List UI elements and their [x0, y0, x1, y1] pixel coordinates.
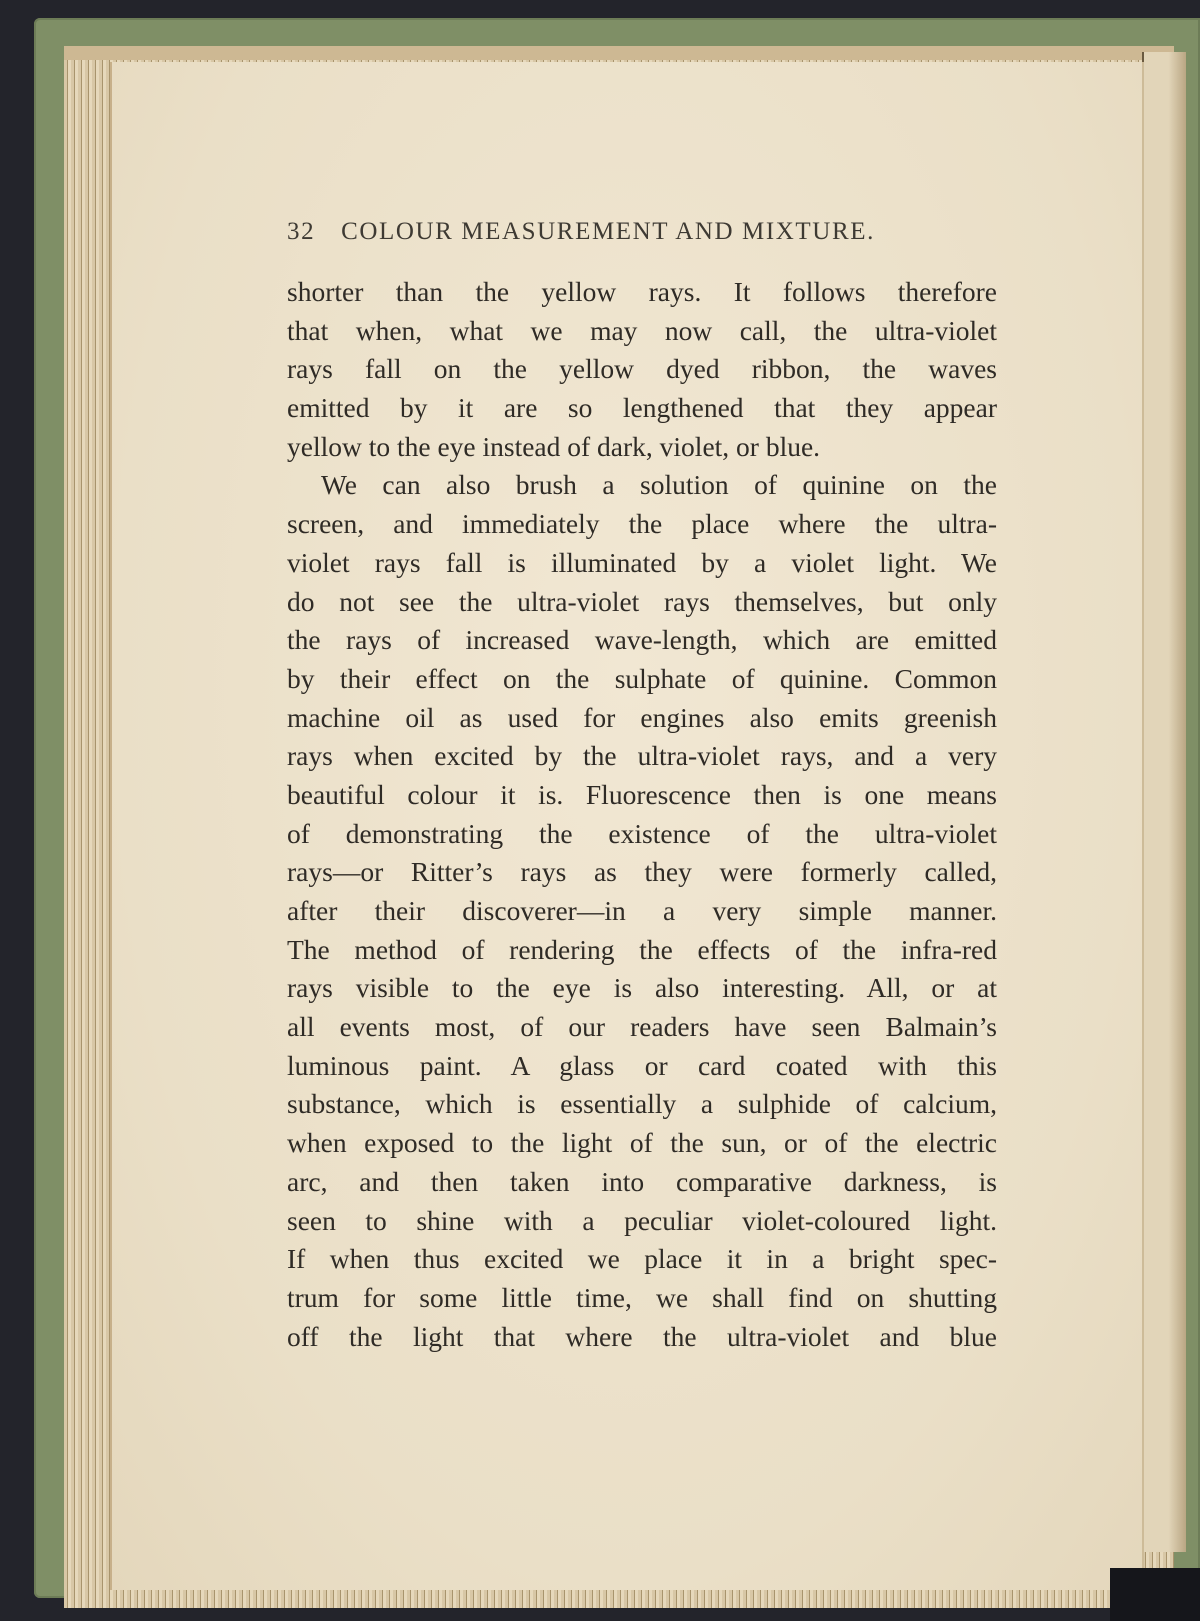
text-line: after their discoverer—in a very simple … — [287, 892, 997, 931]
text-line: The method of rendering the effects of t… — [287, 931, 997, 970]
text-line: that when, what we may now call, the ult… — [287, 312, 997, 351]
running-title: COLOUR MEASUREMENT AND MIXTURE. — [341, 218, 875, 245]
right-page-edge — [1142, 52, 1186, 1552]
text-line: violet rays fall is illuminated by a vio… — [287, 544, 997, 583]
running-head: 32 COLOUR MEASUREMENT AND MIXTURE. — [287, 218, 997, 246]
text-line: of demonstrating the existence of the ul… — [287, 815, 997, 854]
background-cloth — [1110, 1568, 1200, 1621]
text-line: when exposed to the light of the sun, or… — [287, 1124, 997, 1163]
text-line: shorter than the yellow rays. It follows… — [287, 273, 997, 312]
text-line: If when thus excited we place it in a br… — [287, 1240, 997, 1279]
text-line: machine oil as used for engines also emi… — [287, 699, 997, 738]
text-line: rays when excited by the ultra-violet ra… — [287, 737, 997, 776]
text-line: We can also brush a solution of quinine … — [287, 466, 997, 505]
page-number: 32 — [287, 218, 315, 245]
text-line: arc, and then taken into comparative dar… — [287, 1163, 997, 1202]
text-line: the rays of increased wave-length, which… — [287, 621, 997, 660]
text-line: do not see the ultra-violet rays themsel… — [287, 583, 997, 622]
text-line: beautiful colour it is. Fluorescence the… — [287, 776, 997, 815]
text-line: screen, and immediately the place where … — [287, 505, 997, 544]
text-line: off the light that where the ultra-viole… — [287, 1318, 997, 1357]
text-line: emitted by it are so lengthened that the… — [287, 389, 997, 428]
body-text: shorter than the yellow rays. It follows… — [287, 273, 997, 1356]
text-line: rays—or Ritter’s rays as they were forme… — [287, 853, 997, 892]
text-line: yellow to the eye instead of dark, viole… — [287, 428, 997, 467]
text-line: rays visible to the eye is also interest… — [287, 969, 997, 1008]
text-line: rays fall on the yellow dyed ribbon, the… — [287, 350, 997, 389]
text-line: substance, which is essentially a sulphi… — [287, 1085, 997, 1124]
text-line: luminous paint. A glass or card coated w… — [287, 1047, 997, 1086]
text-line: seen to shine with a peculiar violet-col… — [287, 1202, 997, 1241]
text-line: by their effect on the sulphate of quini… — [287, 660, 997, 699]
text-line: all events most, of our readers have see… — [287, 1008, 997, 1047]
text-line: trum for some little time, we shall find… — [287, 1279, 997, 1318]
